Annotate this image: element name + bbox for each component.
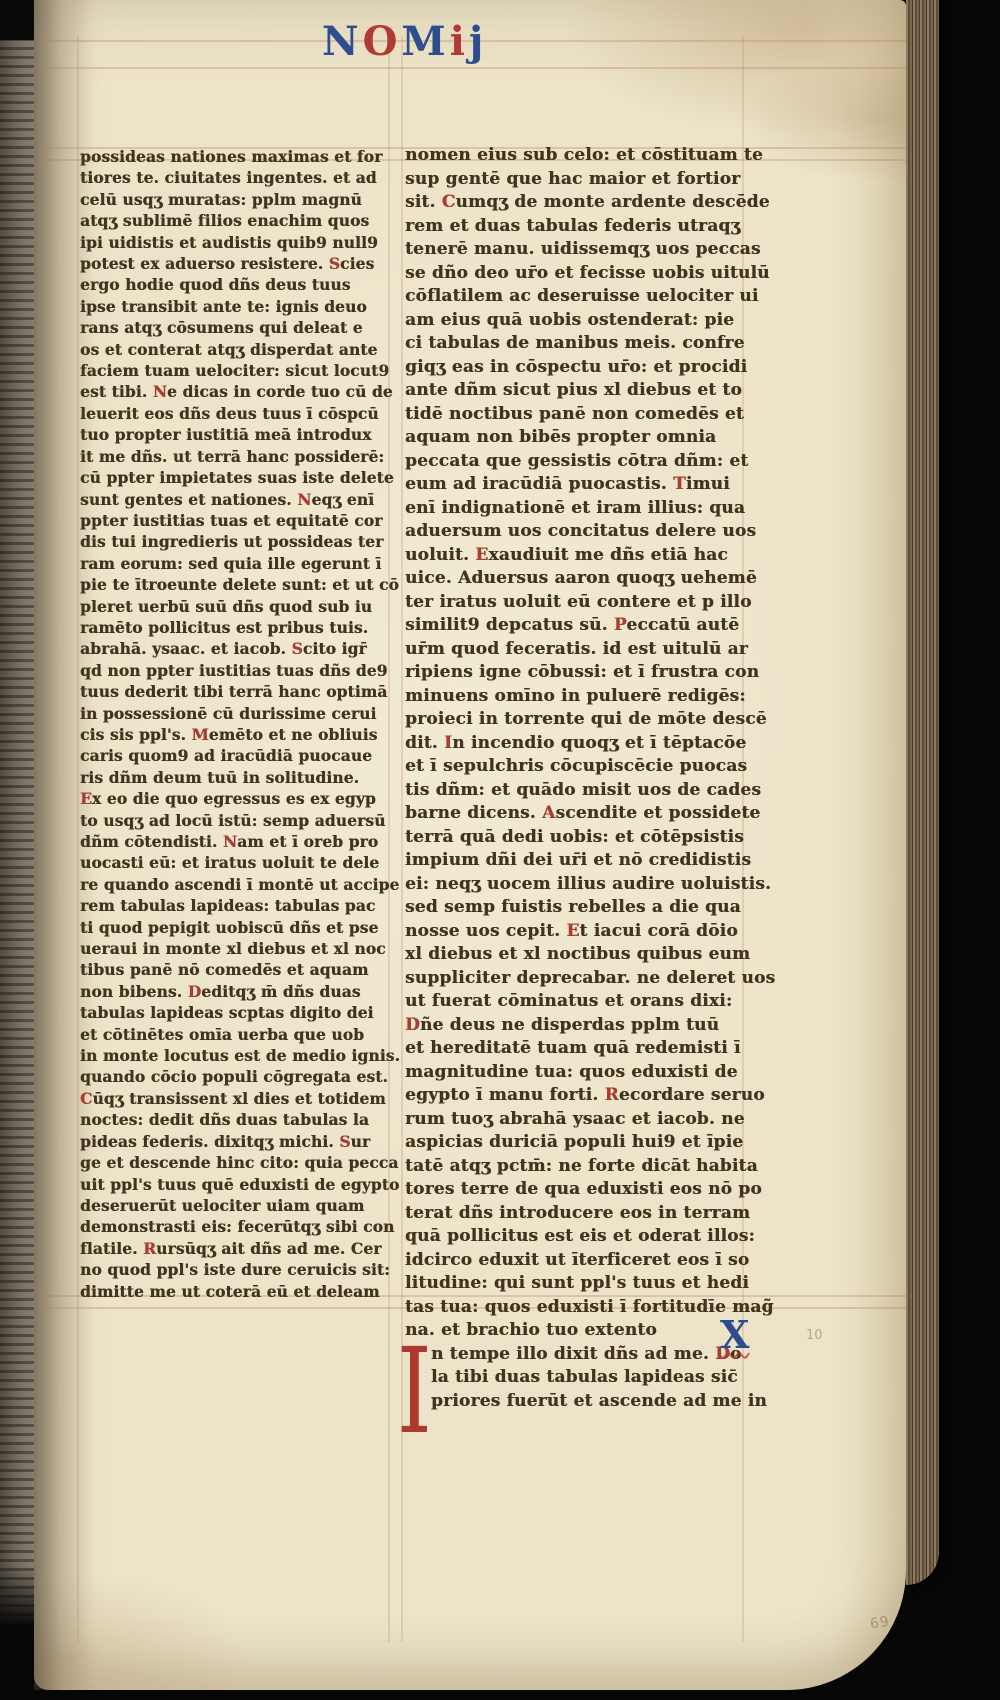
text-segment: ei: neqʒ uocem illius audire uoluistis. — [405, 874, 771, 894]
text-line: leuerit eos dñs deus tuus ī cōspcū — [80, 403, 400, 424]
text-line: ergo hodie quod dñs deus tuus — [80, 274, 400, 295]
text-segment: tibus panē nō comedēs et aquam — [80, 960, 369, 979]
text-segment: C — [442, 192, 456, 212]
text-line: deseruerūt uelociter uiam quam — [80, 1195, 400, 1216]
text-line: dit. In incendio quoqʒ et ī tēptacōe — [405, 732, 775, 756]
text-segment: proieci in torrente qui de mōte descē — [405, 709, 767, 729]
text-segment: in monte locutus est de medio ignis. — [80, 1046, 400, 1065]
text-segment: nosse uos cepit. — [405, 921, 566, 941]
text-line: proieci in torrente qui de mōte descē — [405, 708, 775, 732]
text-segment: demonstrasti eis: fecerūtqʒ sibi con — [80, 1217, 394, 1236]
text-line: eum ad iracūdiā puocastis. Timui — [405, 473, 775, 497]
text-segment: giqʒ eas in cōspectu ur̄o: et procidi — [405, 357, 747, 377]
text-segment: aspicias duriciā populi hui9 et īpie — [405, 1132, 743, 1152]
text-line: litudine: qui sunt ppl's tuus et hedi — [405, 1272, 775, 1296]
text-line: uice. Aduersus aaron quoqʒ uehemē — [405, 567, 775, 591]
text-line: ei: neqʒ uocem illius audire uoluistis. — [405, 873, 775, 897]
text-line: ci tabulas de manibus meis. confre — [405, 332, 775, 356]
text-segment: ecordare seruo — [619, 1085, 765, 1105]
text-segment: ur̄m quod feceratis. id est uitulū ar — [405, 639, 748, 659]
text-segment: pie te ītroeunte delete sunt: et ut cō — [80, 575, 399, 594]
text-line: caris quom9 ad iracūdiā puocaue — [80, 745, 400, 766]
text-segment: N — [297, 490, 311, 509]
text-segment: et hereditatē tuam quā redemisti ī — [405, 1038, 741, 1058]
text-segment: x eo die quo egressus es ex egyp — [92, 789, 376, 808]
text-segment: ge et descende hinc cito: quia pecca — [80, 1153, 398, 1172]
text-segment: ti quod pepigit uobiscū dñs et pse — [80, 918, 378, 937]
text-segment: uoluit. — [405, 545, 475, 565]
text-segment: impium dñi dei ur̄i et nō credidistis — [405, 850, 751, 870]
text-line: ris dñm deum tuū in solitudine. — [80, 767, 400, 788]
text-segment: ppter iustitias tuas et equitatē cor — [80, 511, 382, 530]
header-letter: O — [363, 22, 399, 62]
text-line: tibus panē nō comedēs et aquam — [80, 959, 400, 980]
book-fore-edge — [906, 0, 939, 1585]
text-segment: sit. — [405, 192, 442, 212]
text-segment: S — [329, 254, 340, 273]
text-segment: pideas federis. dixitqʒ michi. — [80, 1132, 339, 1151]
text-segment: abrahā. ysaac. et iacob. — [80, 639, 292, 658]
text-line: et ī sepulchris cōcupiscēcie puocas — [405, 755, 775, 779]
text-line: tis dñm: et quādo misit uos de cades — [405, 779, 775, 803]
text-segment: ipse transibit ante te: ignis deuo — [80, 297, 367, 316]
text-segment: am et ī oreb pro — [237, 832, 378, 851]
text-segment: N — [153, 382, 167, 401]
text-line: rum tuoʒ abrahā ysaac et iacob. ne — [405, 1108, 775, 1132]
text-line: pideas federis. dixitqʒ michi. Sur — [80, 1131, 400, 1152]
text-line: uocasti eū: et iratus uoluit te dele — [80, 852, 400, 873]
text-segment: aduersum uos concitatus delere uos — [405, 521, 756, 541]
text-line: Cūqʒ transissent xl dies et totidem — [80, 1088, 400, 1109]
text-segment: emēto et ne obliuis — [209, 725, 378, 744]
chapter-initial-letter: I — [397, 1332, 432, 1450]
text-line: to usqʒ ad locū istū: semp aduersū — [80, 810, 400, 831]
text-segment: E — [475, 545, 488, 565]
text-segment: dit. — [405, 733, 444, 753]
text-segment: to usqʒ ad locū istū: semp aduersū — [80, 811, 386, 830]
manuscript-photo: NOMij possideas nationes maximas et fort… — [0, 0, 1000, 1700]
text-segment: la tibi duas tabulas lapideas sic̄ — [431, 1367, 738, 1387]
text-segment: ripiens igne cōbussi: et ī frustra con — [405, 662, 759, 682]
text-segment: t iacui corā dōio — [580, 921, 738, 941]
text-segment: E — [80, 789, 92, 808]
ruling-line — [77, 36, 79, 1642]
text-line: tuo propter iustitiā meā introdux — [80, 424, 400, 445]
text-segment: ueraui in monte xl diebus et xl noc — [80, 939, 386, 958]
text-segment: dis tui ingredieris ut possideas ter — [80, 532, 383, 551]
header-letter: M — [401, 22, 446, 62]
text-segment: ut fuerat cōminatus et orans dixi: — [405, 991, 732, 1011]
text-line: Dñe deus ne disperdas pplm tuū — [405, 1014, 775, 1038]
text-line: xl diebus et xl noctibus quibus eum — [405, 943, 775, 967]
text-segment: cis sis ppl's. — [80, 725, 192, 744]
text-line: terrā quā dedi uobis: et cōtēpsistis — [405, 826, 775, 850]
text-segment: tas tua: quos eduxisti ī fortitudīe mag̃ — [405, 1297, 774, 1317]
text-line: tatē atqʒ pctm̄: ne forte dicāt habita — [405, 1155, 775, 1179]
text-segment: dimitte me ut coterā eū et deleam — [80, 1282, 380, 1301]
text-segment: sed semp fuistis rebelles a die qua — [405, 897, 741, 917]
text-segment: tidē noctibus panē non comedēs et — [405, 404, 744, 424]
text-segment: D — [405, 1015, 420, 1035]
text-segment: A — [542, 803, 555, 823]
text-segment: deseruerūt uelociter uiam quam — [80, 1196, 364, 1215]
text-line: ipse transibit ante te: ignis deuo — [80, 296, 400, 317]
text-segment: scendite et possidete — [555, 803, 760, 823]
text-line: tuus dederit tibi terrā hanc optimā — [80, 681, 400, 702]
text-segment: ursūqʒ ait dñs ad me. Cer — [156, 1239, 381, 1258]
text-column-left: possideas nationes maximas et fortiores … — [80, 146, 400, 1302]
text-line: qd non ppter iustitias tuas dñs de9 — [80, 660, 400, 681]
text-segment: tiores te. ciuitates ingentes. et ad — [80, 168, 377, 187]
text-segment: no quod ppl's iste dure ceruicis sit: — [80, 1260, 390, 1279]
text-line: sit. Cumqʒ de monte ardente descēde — [405, 191, 775, 215]
text-segment: tabulas lapideas scptas digito dei — [80, 1003, 374, 1022]
text-segment: rem tabulas lapideas: tabulas pac — [80, 896, 375, 915]
text-segment: ñe deus ne disperdas pplm tuū — [420, 1015, 719, 1035]
text-segment: uice. Aduersus aaron quoqʒ uehemē — [405, 568, 757, 588]
text-segment: terat dñs introducere eos in terram — [405, 1203, 750, 1223]
text-segment: tuus dederit tibi terrā hanc optimā — [80, 682, 387, 701]
text-line: potest ex aduerso resistere. Scies — [80, 253, 400, 274]
text-line: noctes: dedit dñs duas tabulas la — [80, 1109, 400, 1130]
text-segment: sunt gentes et nationes. — [80, 490, 297, 509]
text-segment: R — [143, 1239, 156, 1258]
text-line: tores terre de qua eduxisti eos nō po — [405, 1178, 775, 1202]
text-line: ante dñm sicut pius xl diebus et to — [405, 379, 775, 403]
text-line: aduersum uos concitatus delere uos — [405, 520, 775, 544]
text-line: cis sis ppl's. Memēto et ne obliuis — [80, 724, 400, 745]
text-segment: peccata que gessistis cōtra dñm: et — [405, 451, 748, 471]
text-line: in possessionē cū durissime cerui — [80, 703, 400, 724]
text-segment: na. et brachio tuo extento — [405, 1320, 657, 1340]
text-line: abrahā. ysaac. et iacob. Scito igr̄ — [80, 638, 400, 659]
text-segment: litudine: qui sunt ppl's tuus et hedi — [405, 1273, 749, 1293]
text-line: enī indignationē et iram illius: qua — [405, 497, 775, 521]
text-line: cū ppter impietates suas iste delete — [80, 467, 400, 488]
text-segment: xaudiuit me dñs etiā hac — [488, 545, 728, 565]
text-segment: C — [80, 1089, 92, 1108]
text-segment: nomen eius sub celo: et cōstituam te — [405, 145, 763, 165]
text-segment: uit ppl's tuus quē eduxisti de egypto — [80, 1175, 399, 1194]
text-line: la tibi duas tabulas lapideas sic̄ — [405, 1366, 775, 1390]
text-segment: cū ppter impietates suas iste delete — [80, 468, 394, 487]
text-segment: potest ex aduerso resistere. — [80, 254, 329, 273]
text-line: no quod ppl's iste dure ceruicis sit: — [80, 1259, 400, 1280]
text-segment: idcirco eduxit ut īterficeret eos ī so — [405, 1250, 749, 1270]
text-line: aspicias duriciā populi hui9 et īpie — [405, 1131, 775, 1155]
text-line: uoluit. Exaudiuit me dñs etiā hac — [405, 544, 775, 568]
text-line: suppliciter deprecabar. ne deleret uos — [405, 967, 775, 991]
text-segment: rans atqʒ cōsumens qui deleat e — [80, 318, 363, 337]
text-segment: possideas nationes maximas et for — [80, 147, 382, 166]
text-segment: umqʒ de monte ardente descēde — [455, 192, 769, 212]
text-line: am eius quā uobis ostenderat: pie — [405, 309, 775, 333]
text-segment: flatile. — [80, 1239, 143, 1258]
text-line: nomen eius sub celo: et cōstituam te — [405, 144, 775, 168]
text-line: faciem tuam uelociter: sicut locut9 — [80, 360, 400, 381]
text-segment: ris dñm deum tuū in solitudine. — [80, 768, 359, 787]
text-segment: am eius quā uobis ostenderat: pie — [405, 310, 734, 330]
text-segment: T — [673, 474, 686, 494]
text-segment: M — [192, 725, 209, 744]
header-letter: j — [469, 22, 484, 62]
text-segment: barne dicens. — [405, 803, 542, 823]
text-segment: ūqʒ transissent xl dies et totidem — [92, 1089, 385, 1108]
text-segment: suppliciter deprecabar. ne deleret uos — [405, 968, 775, 988]
text-segment: in possessionē cū durissime cerui — [80, 704, 376, 723]
text-line: barne dicens. Ascendite et possidete — [405, 802, 775, 826]
text-segment: est tibi. — [80, 382, 153, 401]
text-segment: et cōtinētes omīa uerba que uob — [80, 1025, 364, 1044]
text-line: ter iratus uoluit eū contere et p illo — [405, 591, 775, 615]
text-segment: imui — [686, 474, 730, 494]
text-line: in monte locutus est de medio ignis. — [80, 1045, 400, 1066]
text-line: ppter iustitias tuas et equitatē cor — [80, 510, 400, 531]
text-line: sed semp fuistis rebelles a die qua — [405, 896, 775, 920]
text-line: celū usqʒ muratas: pplm magnū — [80, 189, 400, 210]
text-segment: noctes: dedit dñs duas tabulas la — [80, 1110, 369, 1129]
text-line: est tibi. Ne dicas in corde tuo cū de — [80, 381, 400, 402]
text-line: it me dñs. ut terrā hanc possiderē: — [80, 446, 400, 467]
text-line: ripiens igne cōbussi: et ī frustra con — [405, 661, 775, 685]
text-line: dñm cōtendisti. Nam et ī oreb pro — [80, 831, 400, 852]
text-line: se dño deo ur̄o et fecisse uobis uitulū — [405, 262, 775, 286]
text-segment: rum tuoʒ abrahā ysaac et iacob. ne — [405, 1109, 745, 1129]
text-segment: D — [188, 982, 202, 1001]
text-line: os et conterat atqʒ disperdat ante — [80, 339, 400, 360]
text-segment: eqʒ enī — [311, 490, 374, 509]
text-line: atqʒ sublimē filios enachim quos — [80, 210, 400, 231]
text-segment: eccatū autē — [626, 615, 739, 635]
chapter-numeral: X — [720, 1312, 749, 1357]
text-line: tiores te. ciuitates ingentes. et ad — [80, 167, 400, 188]
text-line: possideas nationes maximas et for — [80, 146, 400, 167]
text-segment: leuerit eos dñs deus tuus ī cōspcū — [80, 404, 379, 423]
margin-pencil-note: 10 — [806, 1328, 823, 1343]
text-line: cōflatilem ac deseruisse uelociter ui — [405, 285, 775, 309]
text-segment: quā pollicitus est eis et oderat illos: — [405, 1226, 755, 1246]
text-line: tenerē manu. uidissemqʒ uos peccas — [405, 238, 775, 262]
text-segment: egypto ī manu forti. — [405, 1085, 605, 1105]
running-header: NOMij — [322, 22, 484, 62]
text-segment: similit9 depcatus sū. — [405, 615, 614, 635]
text-segment: R — [605, 1085, 619, 1105]
text-segment: uocasti eū: et iratus uoluit te dele — [80, 853, 379, 872]
text-line: et hereditatē tuam quā redemisti ī — [405, 1037, 775, 1061]
text-segment: n incendio quoqʒ et ī tēptacōe — [452, 733, 746, 753]
text-segment: priores fuerūt et ascende ad me in — [431, 1391, 767, 1411]
facing-page-edge — [0, 0, 34, 1625]
text-segment: celū usqʒ muratas: pplm magnū — [80, 190, 362, 209]
text-segment: ramēto pollicitus est pribus tuis. — [80, 618, 368, 637]
text-segment: ergo hodie quod dñs deus tuus — [80, 275, 351, 294]
ruling-line — [40, 67, 906, 69]
text-segment: magnitudine tua: quos eduxisti de — [405, 1062, 738, 1082]
text-line: rem et duas tabulas federis utraqʒ — [405, 215, 775, 239]
text-line: ram eorum: sed quia ille egerunt ī — [80, 553, 400, 574]
text-segment: qd non ppter iustitias tuas dñs de9 — [80, 661, 388, 680]
text-segment: S — [292, 639, 303, 658]
text-segment: E — [566, 921, 579, 941]
text-line: ur̄m quod feceratis. id est uitulū ar — [405, 638, 775, 662]
text-segment: P — [614, 615, 627, 635]
text-segment: cies — [340, 254, 374, 273]
text-segment: rem et duas tabulas federis utraqʒ — [405, 216, 740, 236]
text-line: quando cōcio populi cōgregata est. — [80, 1066, 400, 1087]
text-line: re quando ascendi ī montē ut accipe — [80, 874, 400, 895]
text-line: minuens omīno in puluerē redigēs: — [405, 685, 775, 709]
text-line: tidē noctibus panē non comedēs et — [405, 403, 775, 427]
text-segment: minuens omīno in puluerē redigēs: — [405, 686, 746, 706]
text-segment: terrā quā dedi uobis: et cōtēpsistis — [405, 827, 744, 847]
text-line: rans atqʒ cōsumens qui deleat e — [80, 317, 400, 338]
text-line: Ex eo die quo egressus es ex egyp — [80, 788, 400, 809]
header-letter: N — [322, 22, 360, 62]
text-segment: tenerē manu. uidissemqʒ uos peccas — [405, 239, 761, 259]
text-segment: eum ad iracūdiā puocastis. — [405, 474, 673, 494]
text-column-right: nomen eius sub celo: et cōstituam tesup … — [405, 144, 775, 1413]
header-letter: i — [450, 22, 466, 62]
text-segment: os et conterat atqʒ disperdat ante — [80, 340, 377, 359]
text-line: similit9 depcatus sū. Peccatū autē — [405, 614, 775, 638]
text-line: impium dñi dei ur̄i et nō credidistis — [405, 849, 775, 873]
text-line: rem tabulas lapideas: tabulas pac — [80, 895, 400, 916]
text-segment: sup gentē que hac maior et fortior — [405, 169, 740, 189]
text-line: pie te ītroeunte delete sunt: et ut cō — [80, 574, 400, 595]
text-segment: faciem tuam uelociter: sicut locut9 — [80, 361, 389, 380]
text-line: priores fuerūt et ascende ad me in — [405, 1390, 775, 1414]
text-segment: ipi uidistis et audistis quib9 null9 — [80, 233, 378, 252]
text-line: idcirco eduxit ut īterficeret eos ī so — [405, 1249, 775, 1273]
text-segment: tuo propter iustitiā meā introdux — [80, 425, 372, 444]
text-line: et cōtinētes omīa uerba que uob — [80, 1024, 400, 1045]
text-line: ipi uidistis et audistis quib9 null9 — [80, 232, 400, 253]
text-segment: pleret uerbū suū dñs quod sub iu — [80, 597, 372, 616]
text-line: giqʒ eas in cōspectu ur̄o: et procidi — [405, 356, 775, 380]
text-line: dis tui ingredieris ut possideas ter — [80, 531, 400, 552]
text-line: flatile. Rursūqʒ ait dñs ad me. Cer — [80, 1238, 400, 1259]
text-segment: quando cōcio populi cōgregata est. — [80, 1067, 388, 1086]
text-segment: se dño deo ur̄o et fecisse uobis uitulū — [405, 263, 770, 283]
text-segment: xl diebus et xl noctibus quibus eum — [405, 944, 750, 964]
text-line: egypto ī manu forti. Recordare seruo — [405, 1084, 775, 1108]
text-line: ge et descende hinc cito: quia pecca — [80, 1152, 400, 1173]
text-segment: I — [444, 733, 452, 753]
text-segment: caris quom9 ad iracūdiā puocaue — [80, 746, 372, 765]
text-segment: ante dñm sicut pius xl diebus et to — [405, 380, 742, 400]
text-segment: cito igr̄ — [303, 639, 367, 658]
text-segment: re quando ascendi ī montē ut accipe — [80, 875, 399, 894]
text-line: non bibens. Deditqʒ m̄ dñs duas — [80, 981, 400, 1002]
text-segment: et ī sepulchris cōcupiscēcie puocas — [405, 756, 747, 776]
folio-number: 69 — [869, 1613, 891, 1632]
text-segment: ram eorum: sed quia ille egerunt ī — [80, 554, 381, 573]
text-segment: n tempe illo dixit dñs ad me. — [431, 1344, 715, 1364]
text-segment: ur — [351, 1132, 371, 1151]
text-segment: dñm cōtendisti. — [80, 832, 223, 851]
text-segment: ter iratus uoluit eū contere et p illo — [405, 592, 752, 612]
text-line: ueraui in monte xl diebus et xl noc — [80, 938, 400, 959]
text-segment: editqʒ m̄ dñs duas — [201, 982, 360, 1001]
text-line: uit ppl's tuus quē eduxisti de egypto — [80, 1174, 400, 1195]
text-segment: tatē atqʒ pctm̄: ne forte dicāt habita — [405, 1156, 758, 1176]
text-line: ramēto pollicitus est pribus tuis. — [80, 617, 400, 638]
text-line: nosse uos cepit. Et iacui corā dōio — [405, 920, 775, 944]
text-line: peccata que gessistis cōtra dñm: et — [405, 450, 775, 474]
text-segment: atqʒ sublimē filios enachim quos — [80, 211, 369, 230]
text-line: tabulas lapideas scptas digito dei — [80, 1002, 400, 1023]
text-segment: non bibens. — [80, 982, 188, 1001]
text-segment: e dicas in corde tuo cū de — [167, 382, 393, 401]
text-line: sunt gentes et nationes. Neqʒ enī — [80, 489, 400, 510]
text-segment: it me dñs. ut terrā hanc possiderē: — [80, 447, 384, 466]
text-segment: tis dñm: et quādo misit uos de cades — [405, 780, 761, 800]
text-line: dimitte me ut coterā eū et deleam — [80, 1281, 400, 1302]
text-line: magnitudine tua: quos eduxisti de — [405, 1061, 775, 1085]
text-line: ut fuerat cōminatus et orans dixi: — [405, 990, 775, 1014]
text-line: sup gentē que hac maior et fortior — [405, 168, 775, 192]
text-line: ti quod pepigit uobiscū dñs et pse — [80, 917, 400, 938]
text-segment: enī indignationē et iram illius: qua — [405, 498, 745, 518]
text-segment: tores terre de qua eduxisti eos nō po — [405, 1179, 762, 1199]
text-segment: S — [339, 1132, 350, 1151]
text-segment: cōflatilem ac deseruisse uelociter ui — [405, 286, 759, 306]
text-line: quā pollicitus est eis et oderat illos: — [405, 1225, 775, 1249]
text-line: demonstrasti eis: fecerūtqʒ sibi con — [80, 1216, 400, 1237]
text-line: aquam non bibēs propter omnia — [405, 426, 775, 450]
text-segment: aquam non bibēs propter omnia — [405, 427, 716, 447]
text-line: pleret uerbū suū dñs quod sub iu — [80, 596, 400, 617]
text-segment: ci tabulas de manibus meis. confre — [405, 333, 745, 353]
text-segment: N — [223, 832, 237, 851]
text-line: terat dñs introducere eos in terram — [405, 1202, 775, 1226]
